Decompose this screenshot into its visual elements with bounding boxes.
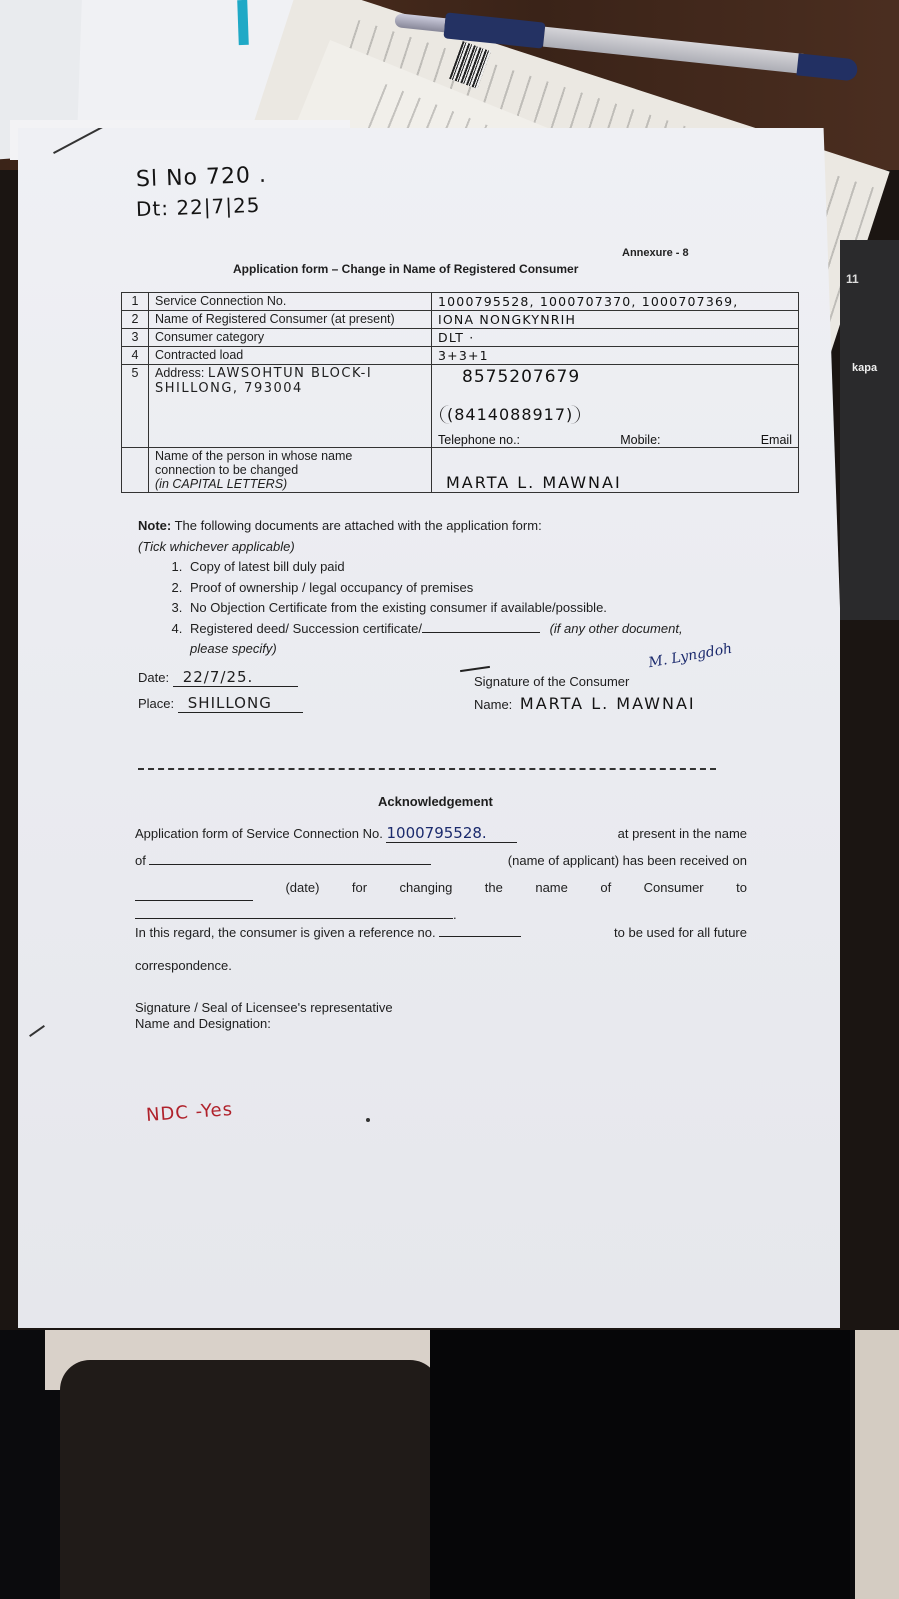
row-number: 1 <box>122 293 149 311</box>
table-row: 4 Contracted load 3+3+1 <box>122 347 799 365</box>
table-row: 3 Consumer category DLT · <box>122 329 799 347</box>
field-label: Service Connection No. <box>149 293 432 311</box>
reference-no-blank[interactable] <box>439 936 521 937</box>
phone-secondary: (8414088917) <box>440 405 580 424</box>
date-annotation: Dt: 22|7|25 <box>136 193 261 221</box>
place-label: Place: <box>138 696 174 711</box>
new-name-field[interactable]: MARTA L. MAWNAI <box>432 448 799 493</box>
background-dark-panel: 11 kapa <box>840 240 899 620</box>
field-label: Name of the person in whose name connect… <box>149 448 432 493</box>
checklist-item[interactable]: Copy of latest bill duly paid <box>186 557 683 578</box>
phone-primary: 8575207679 <box>462 367 580 387</box>
address-line-2: SHILLONG, 793004 <box>155 381 303 396</box>
ack-text: at present in the name <box>618 820 747 847</box>
ack-text: In this regard, the consumer is given a … <box>135 925 436 940</box>
row-number: 5 <box>122 365 149 448</box>
contact-cell[interactable]: 8575207679 (8414088917) Telephone no.: M… <box>432 365 799 448</box>
cyan-folder-edge <box>237 0 249 45</box>
applicant-name-blank[interactable] <box>149 864 431 865</box>
email-label: Email <box>761 433 792 447</box>
application-form-sheet: Sl No 720 . Dt: 22|7|25 Annexure - 8 App… <box>18 128 840 1328</box>
documents-note: Note: The following documents are attach… <box>138 516 683 660</box>
table-row: Name of the person in whose name connect… <box>122 448 799 493</box>
new-name-label: (in CAPITAL LETTERS) <box>155 477 287 491</box>
note-instruction: (Tick whichever applicable) <box>138 537 683 558</box>
form-title: Application form – Change in Name of Reg… <box>233 262 578 276</box>
consumer-details-table: 1 Service Connection No. 1000795528, 100… <box>121 292 799 493</box>
field-label: Address: <box>155 366 204 380</box>
row-number: 4 <box>122 347 149 365</box>
checklist-item[interactable]: Proof of ownership / legal occupancy of … <box>186 578 683 599</box>
date-blank[interactable] <box>135 874 253 901</box>
checklist-item-continuation: please specify) <box>138 639 683 660</box>
name-label: Name: <box>474 697 512 712</box>
row-number: 3 <box>122 329 149 347</box>
designation-label: Name and Designation: <box>135 1016 393 1032</box>
ack-text: (name of applicant) has been received on <box>508 847 747 874</box>
acknowledgement-body: Application form of Service Connection N… <box>135 820 747 928</box>
new-consumer-blank[interactable] <box>135 918 453 919</box>
cut-line-divider <box>138 768 716 770</box>
table-row: 2 Name of Registered Consumer (at presen… <box>122 311 799 329</box>
checklist-item-label: Registered deed/ Succession certificate/ <box>190 621 422 636</box>
ink-dot <box>366 1118 370 1122</box>
ack-text: correspondence. <box>135 958 232 973</box>
telephone-label: Telephone no.: <box>438 433 520 447</box>
ack-word: the <box>485 874 503 901</box>
ack-word: name <box>535 874 568 901</box>
place-field[interactable]: Place: SHILLONG <box>138 694 303 713</box>
checklist-item-suffix: (if any other document, <box>550 621 683 636</box>
signature-label: Signature of the Consumer <box>474 674 629 689</box>
registered-consumer-name-value[interactable]: IONA NONGKYNRIH <box>432 311 799 329</box>
ack-service-no[interactable]: 1000795528. <box>386 824 516 843</box>
ack-word: Consumer <box>644 874 704 901</box>
table-row: 5 Address: LAWSOHTUN BLOCK-I SHILLONG, 7… <box>122 365 799 448</box>
annexure-label: Annexure - 8 <box>622 247 689 259</box>
address-field[interactable]: Address: LAWSOHTUN BLOCK-I SHILLONG, 793… <box>149 365 432 448</box>
place-value: SHILLONG <box>178 694 303 713</box>
consumer-category-value[interactable]: DLT · <box>432 329 799 347</box>
floor-background <box>0 1330 899 1599</box>
new-name-label: connection to be changed <box>155 463 298 477</box>
consumer-name-value: MARTA L. MAWNAI <box>520 694 696 713</box>
new-name-value: MARTA L. MAWNAI <box>446 473 622 492</box>
note-heading: Note: <box>138 518 171 533</box>
consumer-name-field[interactable]: Name: MARTA L. MAWNAI <box>474 694 696 713</box>
field-label: Name of Registered Consumer (at present) <box>149 311 432 329</box>
contracted-load-value[interactable]: 3+3+1 <box>432 347 799 365</box>
row-number <box>122 448 149 493</box>
row-number: 2 <box>122 311 149 329</box>
ack-text: Application form of Service Connection N… <box>135 826 383 841</box>
ack-word: for <box>352 874 367 901</box>
ack-text: to be used for all future <box>614 925 747 940</box>
date-label: Date: <box>138 670 169 685</box>
background-label: 11 <box>846 272 859 286</box>
acknowledgement-title: Acknowledgement <box>378 794 493 809</box>
ack-word: (date) <box>285 874 319 901</box>
checklist-item[interactable]: Registered deed/ Succession certificate/… <box>186 619 683 640</box>
pen-mark <box>53 124 107 154</box>
serial-number-annotation: Sl No 720 . <box>136 163 268 193</box>
pen-mark <box>29 1025 45 1037</box>
pen-mark <box>460 666 490 672</box>
ack-word: changing <box>400 874 453 901</box>
ack-word: of <box>600 874 611 901</box>
service-connection-no-value[interactable]: 1000795528, 1000707370, 1000707369, <box>432 293 799 311</box>
table-row: 1 Service Connection No. 1000795528, 100… <box>122 293 799 311</box>
background-label: kapa <box>852 362 877 374</box>
seal-label: Signature / Seal of Licensee's represent… <box>135 1000 393 1016</box>
note-text: The following documents are attached wit… <box>171 518 541 533</box>
licensee-seal-block: Signature / Seal of Licensee's represent… <box>135 1000 393 1032</box>
checklist-item[interactable]: No Objection Certificate from the existi… <box>186 598 683 619</box>
ndc-remark: NDC -Yes <box>145 1099 233 1126</box>
address-line-1: LAWSOHTUN BLOCK-I <box>208 366 372 381</box>
reference-line: In this regard, the consumer is given a … <box>135 925 747 940</box>
field-label: Consumer category <box>149 329 432 347</box>
date-value: 22/7/25. <box>173 668 298 687</box>
date-field[interactable]: Date: 22/7/25. <box>138 668 298 687</box>
document-checklist: Copy of latest bill duly paid Proof of o… <box>138 557 683 639</box>
new-name-label: Name of the person in whose name <box>155 449 352 463</box>
ack-text: of <box>135 853 146 868</box>
other-document-blank[interactable] <box>422 632 540 633</box>
field-label: Contracted load <box>149 347 432 365</box>
mobile-label: Mobile: <box>620 433 660 447</box>
ack-word: to <box>736 874 747 901</box>
